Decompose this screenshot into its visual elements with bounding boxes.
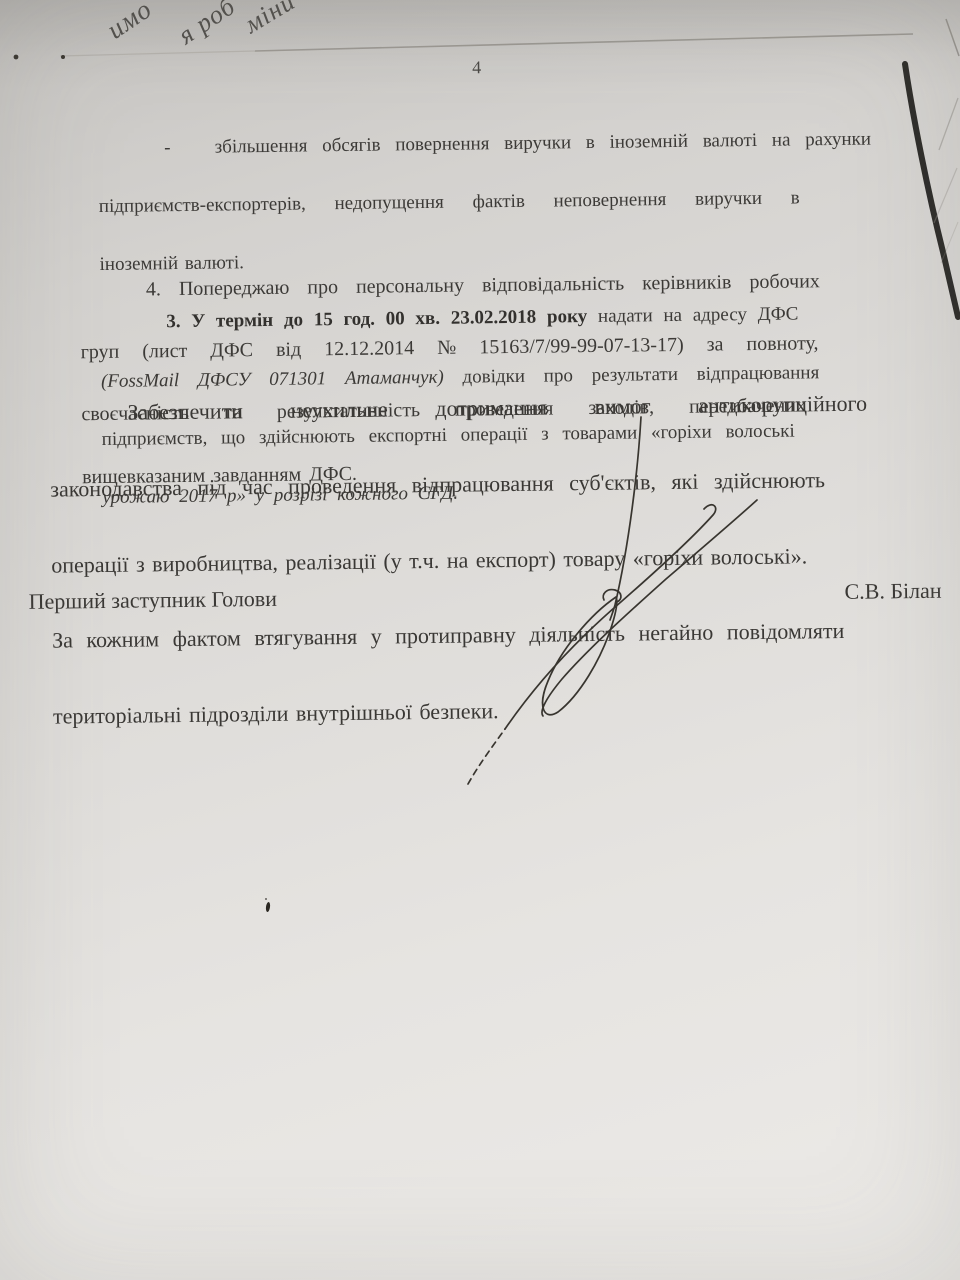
text-line: 4. Попереджаю про персональну відповідал… (80, 270, 910, 301)
text-line: Забезпечити неухильне дотримання вимог а… (49, 390, 919, 426)
signatory-name: С.В. Білан (844, 578, 941, 605)
text-line: територіальні підрозділи внутрішньої без… (53, 693, 923, 729)
text-line: підприємств-експортерів, недопущення фак… (99, 187, 913, 216)
photographed-document: имо я роб міни 4 - збільшення обсягів по… (0, 0, 960, 1280)
paragraph-final: Забезпечити неухильне дотримання вимог а… (49, 340, 924, 779)
text-line: операції з виробництва, реалізації (у т.… (51, 542, 921, 578)
text-line: За кожним фактом втягування у протиправн… (52, 617, 922, 653)
text-line: законодавства під час проведення відпрац… (50, 466, 920, 502)
document-page: 4 - збільшення обсягів повернення виручк… (0, 0, 960, 1280)
page-number: 4 (0, 52, 957, 85)
text-line: - збільшення обсягів повернення виручки … (98, 129, 912, 158)
signatory-title: Перший заступник Голови (29, 586, 278, 615)
